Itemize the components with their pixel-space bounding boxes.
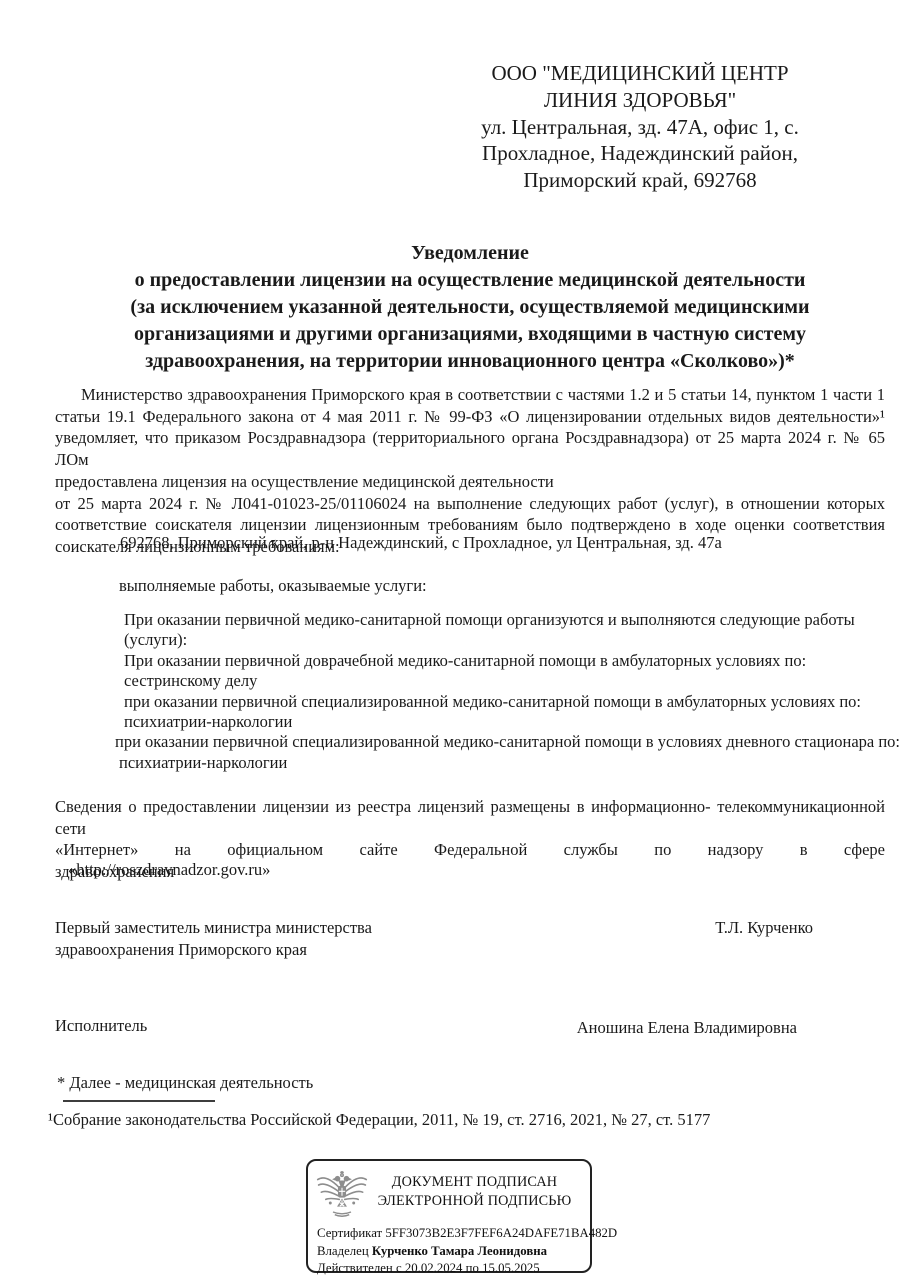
text-line: ул. Центральная, зд. 47А, офис 1, с. (420, 114, 860, 141)
executor-signature-block: Исполнитель Аношина Елена Владимировна (55, 1016, 885, 1036)
works-services-label: выполняемые работы, оказываемые услуги: (119, 576, 427, 596)
text-line: Приморский край, 692768 (420, 167, 860, 194)
text-line: ООО "МЕДИЦИНСКИЙ ЦЕНТР (420, 60, 860, 87)
double-headed-eagle-icon (315, 1168, 369, 1220)
text-line: при оказании первичной специализированно… (124, 692, 864, 712)
text-line: Министерство здравоохранения Приморского… (55, 384, 885, 406)
text-line: психиатрии-наркологии (119, 753, 864, 773)
text-line: психиатрии-наркологии (124, 712, 864, 732)
works-services-list: При оказании первичной медико-санитарной… (124, 610, 864, 773)
executor-name: Аношина Елена Владимировна (577, 1018, 797, 1038)
license-address: 692768, Приморский край, р-н Надеждински… (120, 533, 722, 553)
text-line: здравоохранения Приморского края (55, 939, 885, 961)
stamp-title-line2: ЭЛЕКТРОННОЙ ПОДПИСЬЮ (366, 1192, 583, 1211)
owner-name: Курченко Тамара Леонидовна (372, 1244, 547, 1258)
text-line: Уведомление (55, 240, 885, 267)
text-line: организациями и другими организациями, в… (55, 321, 885, 348)
stamp-title: ДОКУМЕНТ ПОДПИСАН ЭЛЕКТРОННОЙ ПОДПИСЬЮ (366, 1173, 583, 1210)
certificate-value: 5FF3073B2E3F7FEF6A24DAFE71BA482D (385, 1226, 617, 1240)
stamp-validity: Действителен с 20.02.2024 по 15.05.2025 (317, 1260, 586, 1278)
text-line: ЛИНИЯ ЗДОРОВЬЯ" (420, 87, 860, 114)
text-line: При оказании первичной медико-санитарной… (124, 610, 864, 630)
official-name: Т.Л. Курченко (715, 917, 813, 939)
text-line: Прохладное, Надеждинский район, (420, 140, 860, 167)
text-line: (услуги): (124, 630, 864, 650)
stamp-owner: Владелец Курченко Тамара Леонидовна (317, 1243, 586, 1261)
footnote-separator (63, 1100, 215, 1102)
certificate-label: Сертификат (317, 1226, 382, 1240)
stamp-certificate: Сертификат 5FF3073B2E3F7FEF6A24DAFE71BA4… (317, 1225, 586, 1243)
official-signature-block: Первый заместитель министра министерства… (55, 917, 885, 962)
text-line: о предоставлении лицензии на осуществлен… (55, 267, 885, 294)
text-line: При оказании первичной доврачебной медик… (124, 651, 864, 671)
text-line: уведомляет, что приказом Росздравнадзора… (55, 427, 885, 470)
asterisk-footnote: * Далее - медицинская деятельность (57, 1073, 313, 1093)
text-line: «Интернет» на официальном сайте Федераль… (55, 839, 885, 861)
legal-footnote: ¹Собрание законодательства Российской Фе… (48, 1110, 878, 1130)
document-page: ООО "МЕДИЦИНСКИЙ ЦЕНТРЛИНИЯ ЗДОРОВЬЯ"ул.… (0, 0, 905, 1280)
document-title: Уведомлениео предоставлении лицензии на … (55, 240, 885, 375)
main-paragraph: Министерство здравоохранения Приморского… (55, 384, 885, 558)
text-line: при оказании первичной специализированно… (115, 732, 864, 752)
text-line: здравоохранения, на территории инновацио… (55, 348, 885, 375)
stamp-title-line1: ДОКУМЕНТ ПОДПИСАН (366, 1173, 583, 1192)
roszdravnadzor-url: «http://roszdravnadzor.gov.ru» (68, 860, 270, 880)
stamp-details: Сертификат 5FF3073B2E3F7FEF6A24DAFE71BA4… (317, 1225, 586, 1278)
text-line: Сведения о предоставлении лицензии из ре… (55, 796, 885, 839)
org-address-header: ООО "МЕДИЦИНСКИЙ ЦЕНТРЛИНИЯ ЗДОРОВЬЯ"ул.… (420, 60, 860, 194)
text-line: (за исключением указанной деятельности, … (55, 294, 885, 321)
text-line: от 25 марта 2024 г. № Л041-01023-25/0110… (55, 493, 885, 515)
text-line: предоставлена лицензия на осуществление … (55, 471, 885, 493)
text-line: статьи 19.1 Федерального закона от 4 мая… (55, 406, 885, 428)
text-line: сестринскому делу (124, 671, 864, 691)
electronic-signature-stamp: ДОКУМЕНТ ПОДПИСАН ЭЛЕКТРОННОЙ ПОДПИСЬЮ С… (306, 1159, 592, 1273)
owner-label: Владелец (317, 1244, 369, 1258)
